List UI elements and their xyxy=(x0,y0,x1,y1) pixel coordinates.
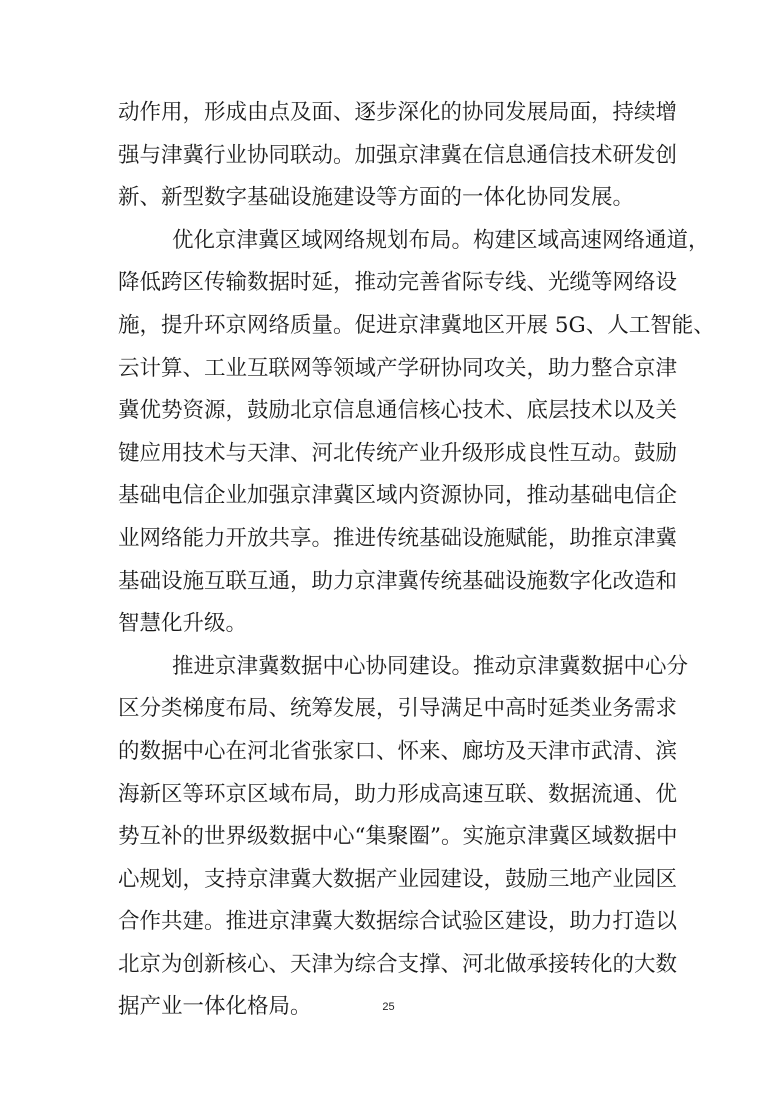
body-text: 动作用，形成由点及面、逐步深化的协同发展局面，持续增 强与津冀行业协同联动。加强… xyxy=(118,92,666,1029)
text-line: 智慧化升级。 xyxy=(118,603,666,646)
page-number: 25 xyxy=(0,1001,777,1013)
document-page: 动作用，形成由点及面、逐步深化的协同发展局面，持续增 强与津冀行业协同联动。加强… xyxy=(0,0,777,1098)
text-line: 北京为创新核心、天津为综合支撑、河北做承接转化的大数 xyxy=(118,944,666,987)
text-line: 的数据中心在河北省张家口、怀来、廊坊及天津市武清、滨 xyxy=(118,731,666,774)
text-line: 合作共建。推进京津冀大数据综合试验区建设，助力打造以 xyxy=(118,901,666,944)
text-line: 降低跨区传输数据时延，推动完善省际专线、光缆等网络设 xyxy=(118,262,666,305)
text-line: 冀优势资源，鼓励北京信息通信核心技术、底层技术以及关 xyxy=(118,390,666,433)
text-line: 基础设施互联互通，助力京津冀传统基础设施数字化改造和 xyxy=(118,561,666,604)
text-line: 动作用，形成由点及面、逐步深化的协同发展局面，持续增 xyxy=(118,92,666,135)
text-line: 施，提升环京网络质量。促进京津冀地区开展 5G、人工智能、 xyxy=(118,305,666,348)
text-line: 云计算、工业互联网等领域产学研协同攻关，助力整合京津 xyxy=(118,348,666,391)
text-line: 键应用技术与天津、河北传统产业升级形成良性互动。鼓励 xyxy=(118,433,666,476)
text-line: 业网络能力开放共享。推进传统基础设施赋能，助推京津冀 xyxy=(118,518,666,561)
text-line: 新、新型数字基础设施建设等方面的一体化协同发展。 xyxy=(118,177,666,220)
text-line: 基础电信企业加强京津冀区域内资源协同，推动基础电信企 xyxy=(118,475,666,518)
text-line: 区分类梯度布局、统筹发展，引导满足中高时延类业务需求 xyxy=(118,688,666,731)
text-line: 强与津冀行业协同联动。加强京津冀在信息通信技术研发创 xyxy=(118,135,666,178)
paragraph-1: 动作用，形成由点及面、逐步深化的协同发展局面，持续增 强与津冀行业协同联动。加强… xyxy=(118,92,666,220)
text-line: 推进京津冀数据中心协同建设。推动京津冀数据中心分 xyxy=(118,646,666,689)
text-line: 海新区等环京区域布局，助力形成高速互联、数据流通、优 xyxy=(118,774,666,817)
text-line: 优化京津冀区域网络规划布局。构建区域高速网络通道， xyxy=(118,220,666,263)
text-line: 心规划，支持京津冀大数据产业园建设，鼓励三地产业园区 xyxy=(118,859,666,902)
text-line: 势互补的世界级数据中心“集聚圈”。实施京津冀区域数据中 xyxy=(118,816,666,859)
paragraph-3: 推进京津冀数据中心协同建设。推动京津冀数据中心分 区分类梯度布局、统筹发展，引导… xyxy=(118,646,666,1029)
paragraph-2: 优化京津冀区域网络规划布局。构建区域高速网络通道， 降低跨区传输数据时延，推动完… xyxy=(118,220,666,646)
